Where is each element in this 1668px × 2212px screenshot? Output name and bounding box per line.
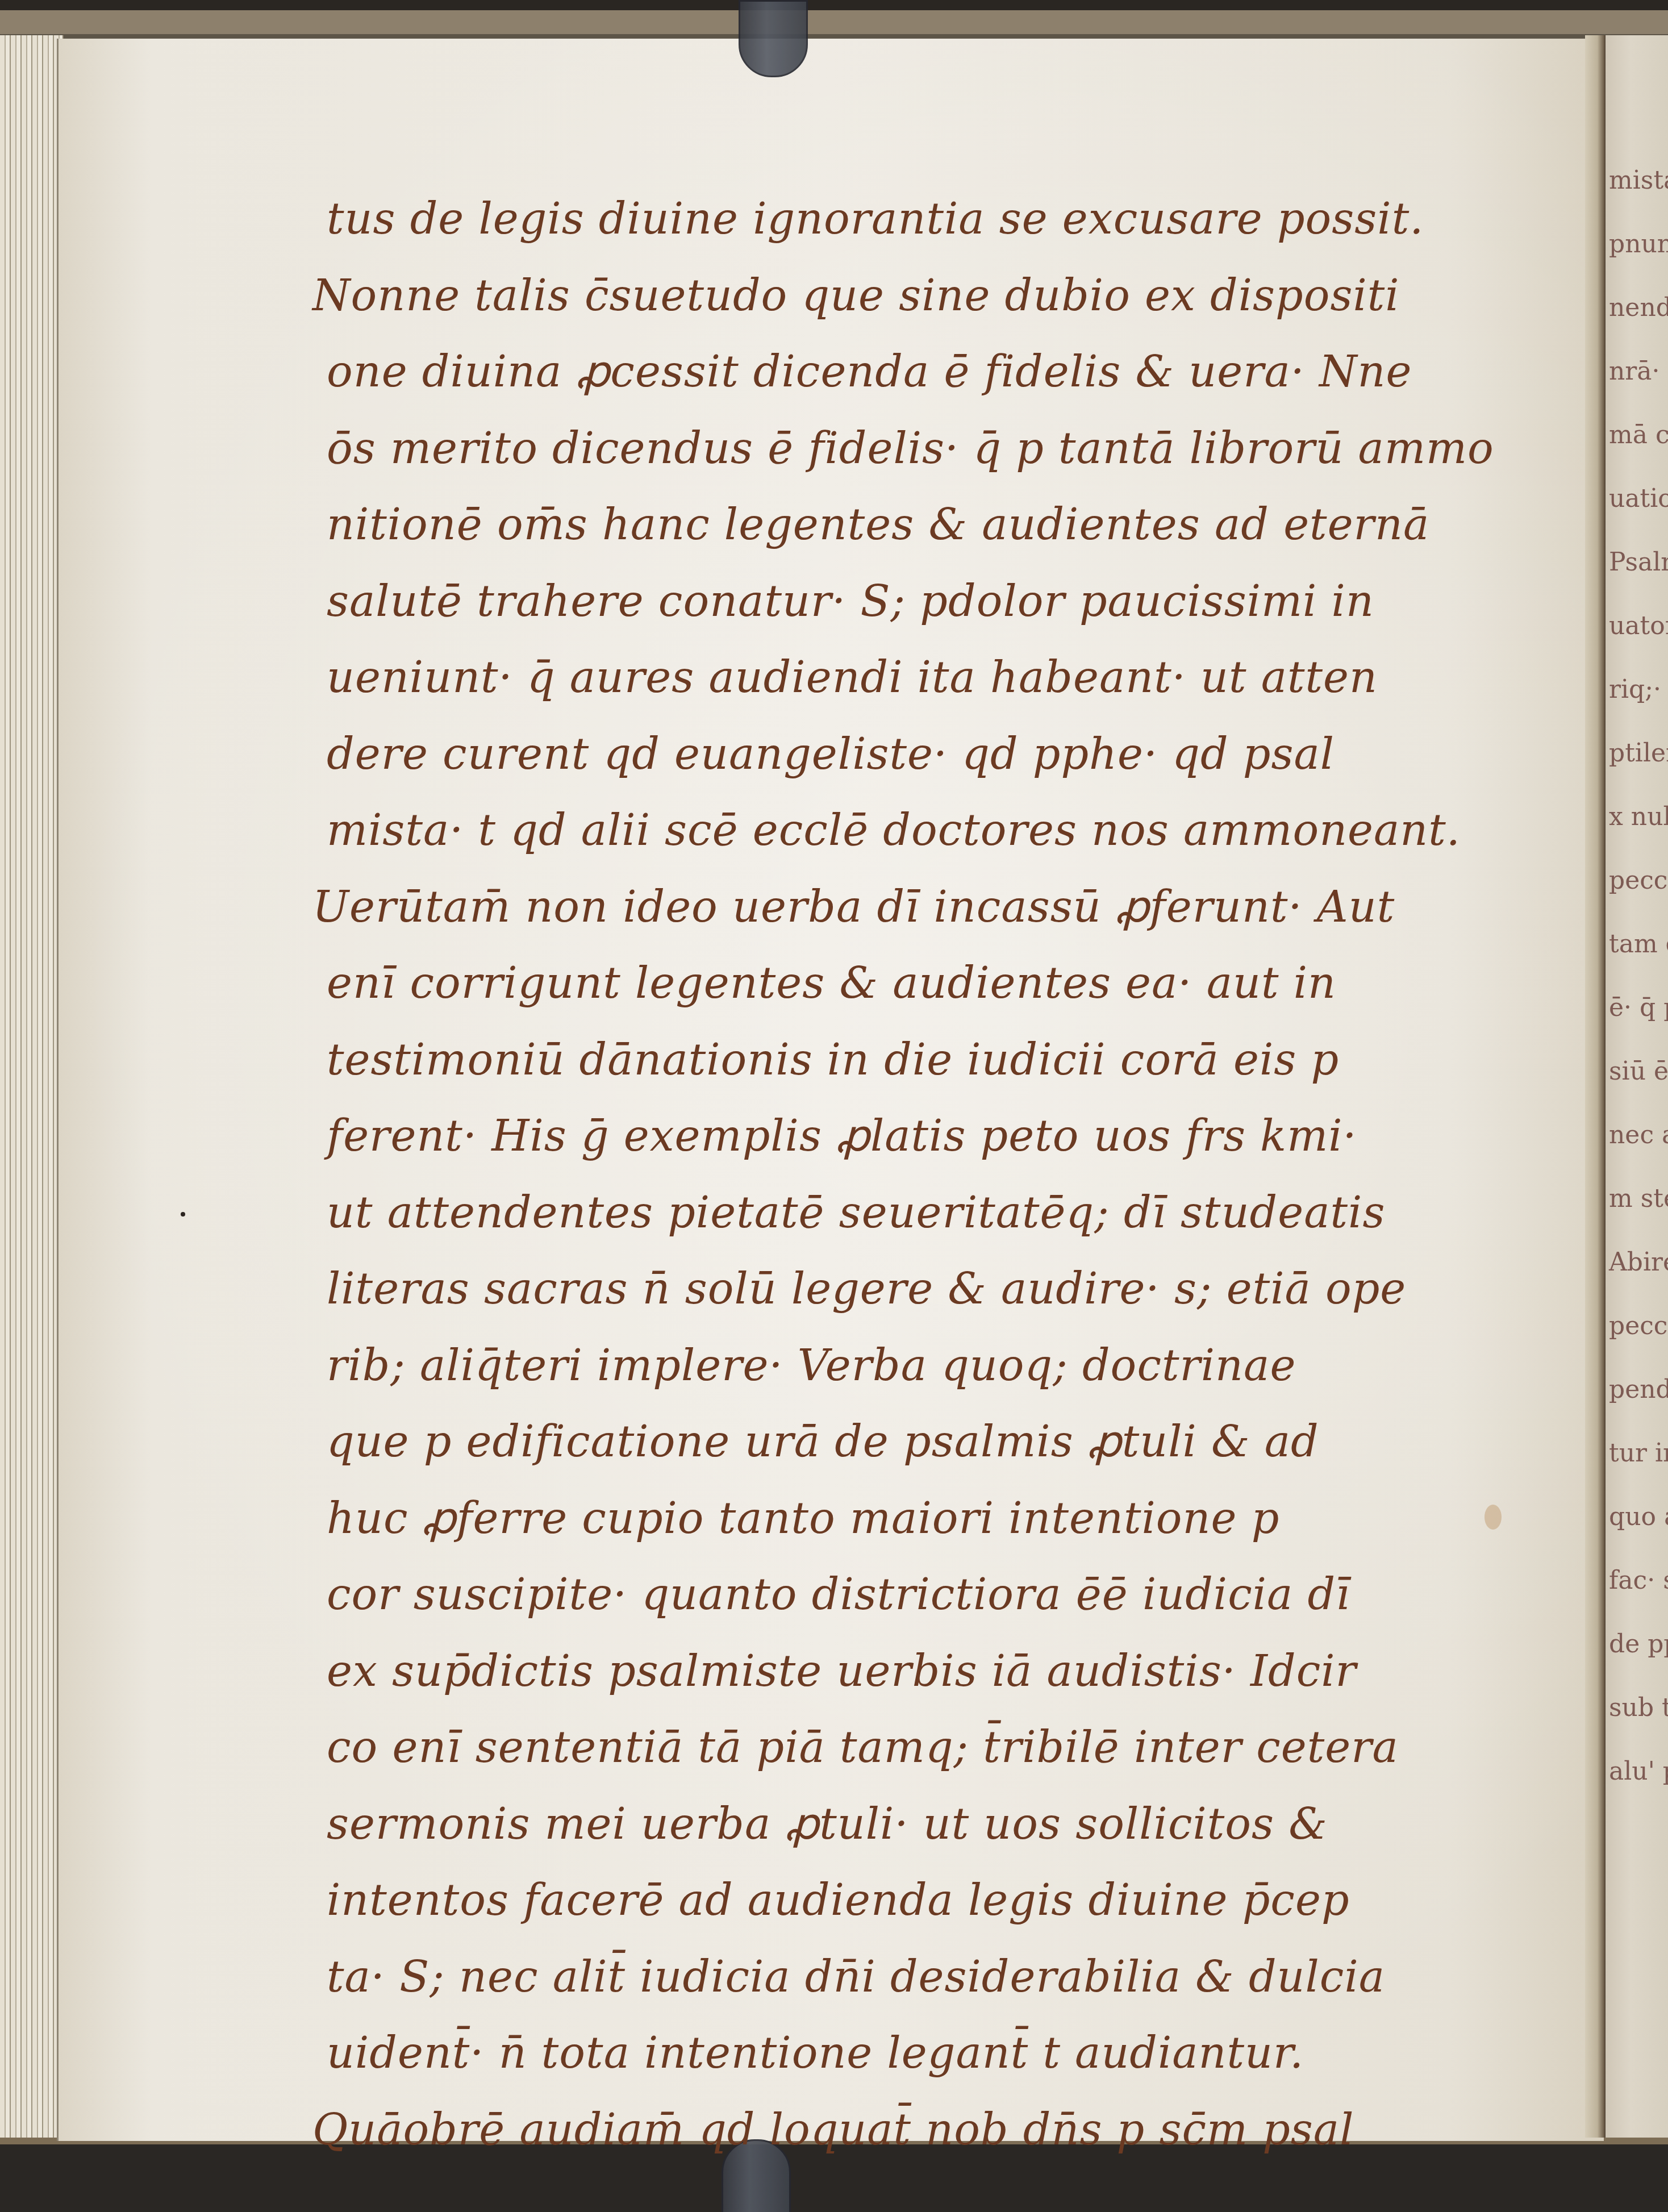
facing-page-line: alu' pnblo	[1609, 1757, 1668, 1786]
text-line: enī corrigunt legentes & audientes ea· a…	[327, 945, 1548, 1022]
text-line: ōs merito dicendus ē fidelis· q̄ p tantā…	[327, 410, 1548, 487]
text-line: Quāobrē audiam̄ qd loquat̄ nob dn̄s p sc…	[312, 2092, 1548, 2168]
facing-page-line: m steterit	[1609, 1184, 1668, 1213]
facing-page-line: quo aliqua	[1609, 1502, 1668, 1531]
facing-page-line: siū ēē cre	[1609, 1057, 1668, 1086]
facing-page-line: nec abi	[1609, 1120, 1668, 1149]
text-line: huc ꝓferre cupio tanto maiori intentione…	[327, 1480, 1548, 1557]
text-line: ferent· His ḡ exemplis ꝓlatis peto uos f…	[327, 1098, 1548, 1174]
facing-page-line: mā cura	[1609, 420, 1668, 449]
facing-page-line: de ppi amic	[1609, 1630, 1668, 1659]
facing-page-line: riq;· & in	[1609, 675, 1668, 704]
text-line: Nonne talis c̄suetudo que sine dubio ex …	[312, 257, 1548, 334]
text-line: testimoniū dānationis in die iudicii cor…	[327, 1022, 1548, 1098]
facing-page-line: peccauerit	[1609, 866, 1668, 895]
facing-page-line: Abire enī so	[1609, 1248, 1668, 1277]
text-line: ex sup̄dictis psalmiste uerbis iā audist…	[327, 1633, 1548, 1710]
facing-page-line: x nulli h	[1609, 802, 1668, 831]
text-line: uident̄· n̄ tota intentione legant̄ t au…	[327, 2015, 1548, 2092]
facing-page-line: nrā· Qui	[1609, 357, 1668, 386]
facing-page-line: mista· p	[1609, 166, 1668, 195]
facing-page-line: pnuncia	[1609, 230, 1668, 259]
facing-page-line: uatoris n	[1609, 611, 1668, 640]
text-line: literas sacras n̄ solū legere & audire· …	[327, 1251, 1548, 1327]
facing-page-line: sub t ea al	[1609, 1693, 1668, 1722]
facing-page-line: Psalmista	[1609, 548, 1668, 577]
facing-page-line: nendo p	[1609, 293, 1668, 322]
text-line: sermonis mei uerba ꝓtuli· ut uos sollici…	[327, 1786, 1548, 1863]
text-line: cor suscipite· quanto districtiora ēē iu…	[327, 1556, 1548, 1633]
facing-page-line: fac· sic ea q	[1609, 1566, 1668, 1595]
facing-page-line: tam dic· in	[1609, 930, 1668, 959]
book-top-edge	[0, 0, 1668, 41]
text-line: ueniunt· q̄ aures audiendi ita habeant· …	[327, 639, 1548, 716]
facing-page-line: tur inuia p	[1609, 1439, 1668, 1468]
facing-page: mista· ppnuncianendo pnrā· Quimā curauat…	[1606, 35, 1668, 2138]
text-line: dere curent qd euangeliste· qd pphe· qd …	[327, 716, 1548, 793]
text-line: nitionē om̄s hanc legentes & audientes a…	[327, 486, 1548, 563]
ink-speck	[181, 1212, 185, 1217]
text-line: co enī sententiā tā piā tamq; t̄ribilē i…	[327, 1709, 1548, 1786]
facing-page-line: uatione	[1609, 484, 1668, 513]
text-line: intentos facerē ad audienda legis diuine…	[327, 1862, 1548, 1939]
text-line: mista· t qd alii scē ecclē doctores nos …	[327, 792, 1548, 869]
facing-page-line: pendo· t in	[1609, 1375, 1668, 1404]
page-stack-fore-edge	[0, 35, 64, 2138]
text-line: one diuina ꝓcessit dicenda ē fidelis & u…	[327, 334, 1548, 410]
text-line: ta· S; nec alit̄ iudicia dn̄i desiderabi…	[327, 1939, 1548, 2015]
text-line: rib; aliq̄teri implere· Verba quoq; doct…	[327, 1327, 1548, 1404]
facing-page-line: peccati ē· q	[1609, 1311, 1668, 1340]
text-line: Uerūtam̄ non ideo uerba dī incassū ꝓferu…	[312, 869, 1548, 945]
top-book-clamp	[739, 0, 808, 77]
main-text-block: tus de legis diuine ignorantia se excusa…	[327, 181, 1548, 2168]
text-line: que p edificatione urā de psalmis ꝓtuli …	[327, 1403, 1548, 1480]
gutter-fold	[1585, 35, 1606, 2138]
text-line: ut attendentes pietatē seueritatēq; dī s…	[327, 1174, 1548, 1251]
text-line: tus de legis diuine ignorantia se excusa…	[327, 181, 1548, 257]
text-line: salutē trahere conatur· S; pdolor paucis…	[327, 563, 1548, 640]
facing-page-line: ptilencia	[1609, 739, 1668, 768]
facing-page-line: ē· q̄ pecca	[1609, 993, 1668, 1022]
